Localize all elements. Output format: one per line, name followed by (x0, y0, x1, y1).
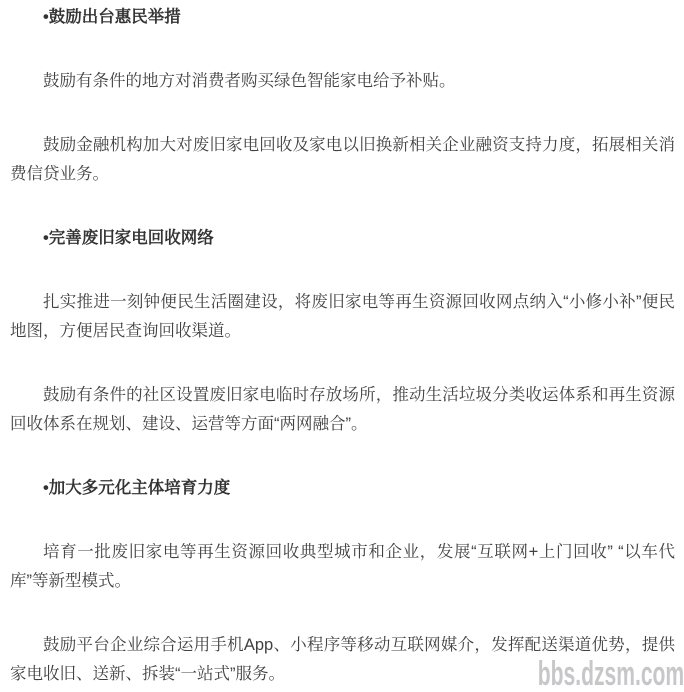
section-heading-2-text: 完善废旧家电回收网络 (49, 229, 214, 247)
paragraph-subsidy: 鼓励有条件的地方对消费者购买绿色智能家电给予补贴。 (10, 67, 675, 96)
paragraph-finance: 鼓励金融机构加大对废旧家电回收及家电以旧换新相关企业融资支持力度，拓展相关消费信… (10, 131, 675, 189)
paragraph-community-storage: 鼓励有条件的社区设置废旧家电临时存放场所，推动生活垃圾分类收运体系和再生资源回收… (10, 381, 675, 439)
paragraph-recycle-map: 扎实推进一刻钟便民生活圈建设，将废旧家电等再生资源回收网点纳入“小修小补”便民地… (10, 288, 675, 346)
paragraph-new-models: 培育一批废旧家电等再生资源回收典型城市和企业，发展“互联网+上门回收” “以车代… (10, 538, 675, 596)
section-heading-2: •完善废旧家电回收网络 (10, 224, 675, 253)
section-heading-1-text: 鼓励出台惠民举措 (49, 8, 181, 26)
site-watermark: bbs.dzsm.com (538, 657, 684, 691)
article-body: •鼓励出台惠民举措 鼓励有条件的地方对消费者购买绿色智能家电给予补贴。 鼓励金融… (0, 0, 684, 689)
section-heading-1: •鼓励出台惠民举措 (10, 3, 675, 32)
section-heading-3-text: 加大多元化主体培育力度 (49, 479, 231, 497)
section-heading-3: •加大多元化主体培育力度 (10, 474, 675, 503)
